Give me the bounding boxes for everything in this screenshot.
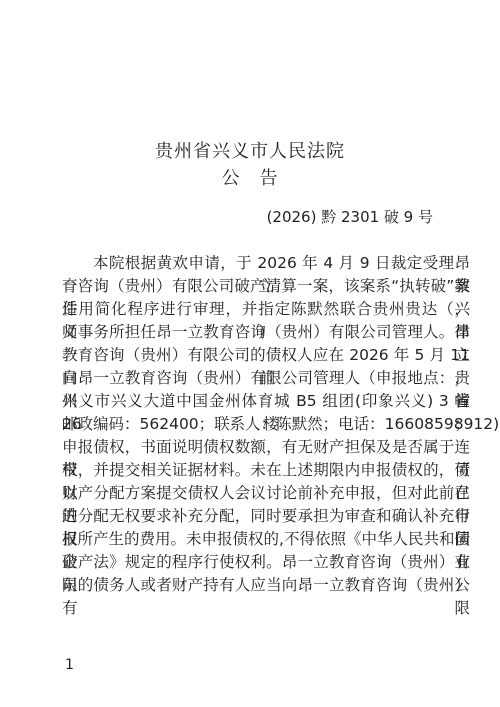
body-line: 向昂一立教育咨询（贵州）有限公司管理人（申报地点：贵州省 [62,367,470,390]
body-line: 本院根据黄欢申请，于 2026 年 4 月 9 日裁定受理昂一立教 [62,252,470,275]
body-line: 权所产生的费用。未申报债权的,不得依照《中华人民共和国企业 [62,528,470,551]
body-line: 财产分配方案提交债权人会议讨论前补充申报，但对此前已进行 [62,482,470,505]
page-number: 1 [65,657,74,673]
body-line: 适用简化程序进行审理，并指定陈默然联合贵州贵达（兴义）律 [62,298,470,321]
announcement-body: 本院根据黄欢申请，于 2026 年 4 月 9 日裁定受理昂一立教 育咨询（贵州… [62,252,470,597]
body-line: 育咨询（贵州）有限公司破产清算一案，该案系“执转破”案件， [62,275,470,298]
body-line: 教育咨询（贵州）有限公司的债权人应在 2026 年 5 月 11 日前， [62,344,470,367]
body-line: 破产法》规定的程序行使权利。昂一立教育咨询（贵州）有限公 [62,551,470,574]
announcement-title: 公 告 [0,164,500,190]
case-number: (2026) 黔 2301 破 9 号 [267,206,433,227]
body-line: 的分配无权要求补充分配，同时要承担为审查和确认补充申报债 [62,505,470,528]
body-line: 申报债权，书面说明债权数额，有无财产担保及是否属于连带债 [62,436,470,459]
document-page: 贵州省兴义市人民法院 公 告 (2026) 黔 2301 破 9 号 本院根据黄… [0,0,500,707]
body-line: 兴义市兴义大道中国金州体育城 B5 组团(印象兴义) 3 幢 26 楼； [62,390,470,413]
body-line: 权，并提交相关证据材料。未在上述期限内申报债权的，可以在 [62,459,470,482]
court-name-heading: 贵州省兴义市人民法院 [0,137,500,163]
body-line: 师事务所担任昂一立教育咨询（贵州）有限公司管理人。昂一立 [62,321,470,344]
body-line: 邮政编码：562400；联系人：陈默然；电话：16608598912) [62,413,470,436]
body-line: 司的债务人或者财产持有人应当向昂一立教育咨询（贵州）有限 [62,574,470,597]
